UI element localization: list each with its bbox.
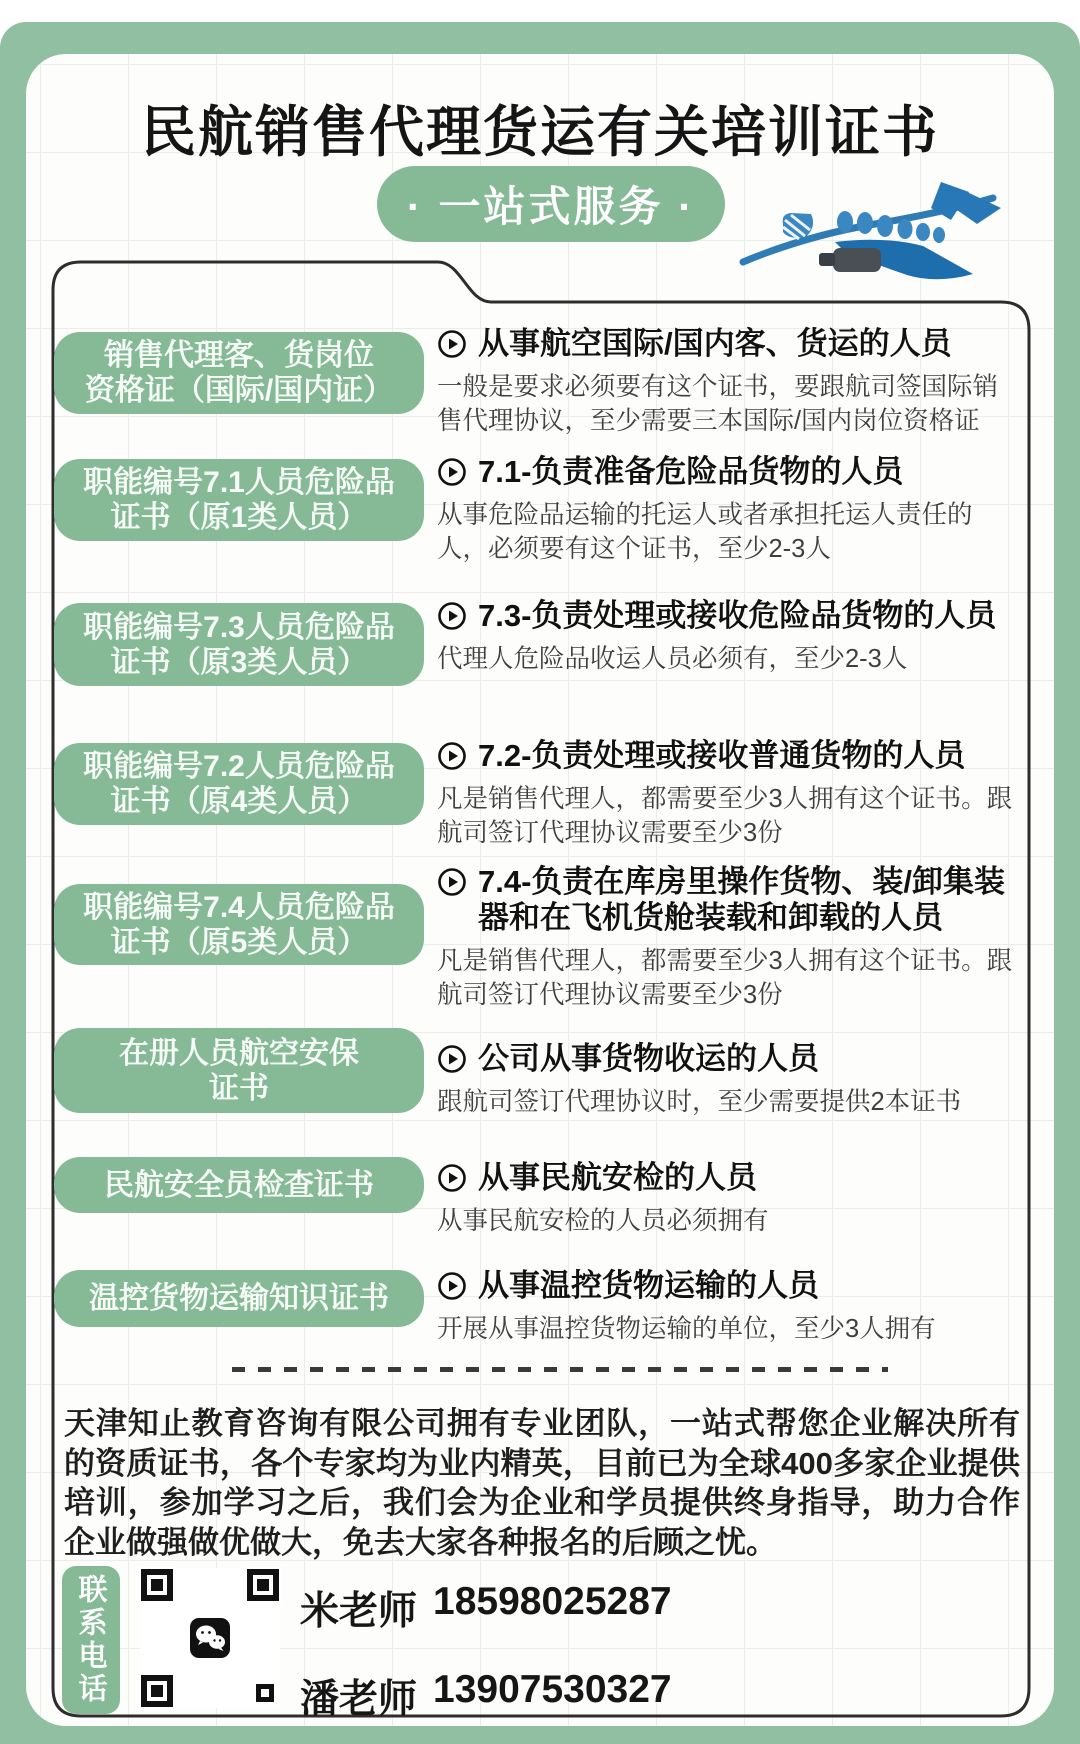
row-description: 凡是销售代理人，都需要至少3人拥有这个证书。跟航司签订代理协议需要至少3份 bbox=[437, 944, 1017, 1012]
row-detail: 7.2-负责处理或接收普通货物的人员 凡是销售代理人，都需要至少3人拥有这个证书… bbox=[437, 738, 1025, 850]
certificate-pill: 在册人员航空安保证书 bbox=[54, 1028, 424, 1113]
certificate-pill: 销售代理客、货岗位资格证（国际/国内证） bbox=[54, 332, 424, 414]
row-description: 代理人危险品收运人员必须有，至少2-3人 bbox=[437, 642, 1017, 676]
airplane-illustration bbox=[735, 178, 1015, 298]
one-stop-service-badge: · 一站式服务 · bbox=[377, 166, 725, 242]
teacher-phone: 18598025287 bbox=[433, 1580, 672, 1636]
certificate-pill: 职能编号7.4人员危险品证书（原5类人员） bbox=[54, 884, 424, 965]
cloud-icon bbox=[783, 213, 813, 239]
row-heading: 从事航空国际/国内客、货运的人员 bbox=[478, 326, 952, 362]
certificate-pill: 职能编号7.2人员危险品证书（原4类人员） bbox=[54, 743, 424, 825]
contact-phone-tab: 联系电话 bbox=[62, 1566, 120, 1714]
qr-finder-icon bbox=[247, 1569, 279, 1601]
row-detail: 7.1-负责准备危险品货物的人员 从事危险品运输的托运人或者承担托运人责任的人，… bbox=[437, 454, 1025, 566]
teacher-phone: 13907530327 bbox=[433, 1668, 672, 1724]
circle-play-icon bbox=[437, 867, 467, 897]
contact-row: 潘老师 13907530327 bbox=[300, 1668, 1000, 1724]
certificate-pill: 民航安全员检查证书 bbox=[54, 1157, 424, 1213]
dashed-divider bbox=[232, 1367, 888, 1372]
row-description: 开展从事温控货物运输的单位，至少3人拥有 bbox=[437, 1312, 1017, 1346]
row-detail: 从事温控货物运输的人员 开展从事温控货物运输的单位，至少3人拥有 bbox=[437, 1268, 1025, 1346]
teacher-name: 米老师 bbox=[300, 1580, 417, 1636]
row-description: 从事危险品运输的托运人或者承担托运人责任的人，必须要有这个证书，至少2-3人 bbox=[437, 498, 1017, 566]
circle-play-icon bbox=[437, 457, 467, 487]
row-description: 跟航司签订代理协议时，至少需要提供2本证书 bbox=[437, 1085, 1017, 1119]
certificate-pill: 职能编号7.3人员危险品证书（原3类人员） bbox=[54, 603, 424, 686]
row-heading: 公司从事货物收运的人员 bbox=[478, 1041, 819, 1077]
certificate-pill: 温控货物运输知识证书 bbox=[54, 1270, 424, 1327]
contact-row: 米老师 18598025287 bbox=[300, 1580, 1000, 1636]
row-detail: 7.4-负责在库房里操作货物、装/卸集装器和在飞机货舱装载和卸载的人员 凡是销售… bbox=[437, 864, 1025, 1012]
row-description: 一般是要求必须要有这个证书，要跟航司签国际销售代理协议，至少需要三本国际/国内岗… bbox=[437, 370, 1017, 438]
row-detail: 7.3-负责处理或接收危险品货物的人员 代理人危险品收运人员必须有，至少2-3人 bbox=[437, 598, 1025, 676]
poster-page: 民航销售代理货运有关培训证书 · 一站式服务 · 销售代理客、货岗位资格证（国际… bbox=[0, 0, 1080, 1744]
page-title: 民航销售代理货运有关培训证书 bbox=[0, 88, 1080, 167]
row-detail: 公司从事货物收运的人员 跟航司签订代理协议时，至少需要提供2本证书 bbox=[437, 1041, 1025, 1119]
row-detail: 从事航空国际/国内客、货运的人员 一般是要求必须要有这个证书，要跟航司签国际销售… bbox=[437, 326, 1025, 438]
row-heading: 7.1-负责准备危险品货物的人员 bbox=[478, 454, 903, 490]
row-description: 从事民航安检的人员必须拥有 bbox=[437, 1204, 1017, 1238]
qr-finder-icon bbox=[141, 1569, 173, 1601]
wechat-icon bbox=[190, 1618, 230, 1658]
qr-alignment-icon bbox=[256, 1684, 274, 1702]
teacher-name: 潘老师 bbox=[300, 1668, 417, 1724]
certificate-pill: 职能编号7.1人员危险品证书（原1类人员） bbox=[54, 459, 424, 541]
wechat-qr-code bbox=[140, 1568, 280, 1708]
circle-play-icon bbox=[437, 741, 467, 771]
company-description: 天津知止教育咨询有限公司拥有专业团队，一站式帮您企业解决所有的资质证书，各个专家… bbox=[64, 1404, 1020, 1562]
circle-play-icon bbox=[437, 1044, 467, 1074]
row-description: 凡是销售代理人，都需要至少3人拥有这个证书。跟航司签订代理协议需要至少3份 bbox=[437, 782, 1017, 850]
qr-finder-icon bbox=[141, 1675, 173, 1707]
circle-play-icon bbox=[437, 1271, 467, 1301]
row-heading: 7.4-负责在库房里操作货物、装/卸集装器和在飞机货舱装载和卸载的人员 bbox=[478, 864, 1023, 936]
circle-play-icon bbox=[437, 329, 467, 359]
row-heading: 从事民航安检的人员 bbox=[478, 1160, 757, 1196]
row-heading: 7.2-负责处理或接收普通货物的人员 bbox=[478, 738, 965, 774]
row-detail: 从事民航安检的人员 从事民航安检的人员必须拥有 bbox=[437, 1160, 1025, 1238]
circle-play-icon bbox=[437, 601, 467, 631]
row-heading: 7.3-负责处理或接收危险品货物的人员 bbox=[478, 598, 996, 634]
circle-play-icon bbox=[437, 1163, 467, 1193]
row-heading: 从事温控货物运输的人员 bbox=[478, 1268, 819, 1304]
